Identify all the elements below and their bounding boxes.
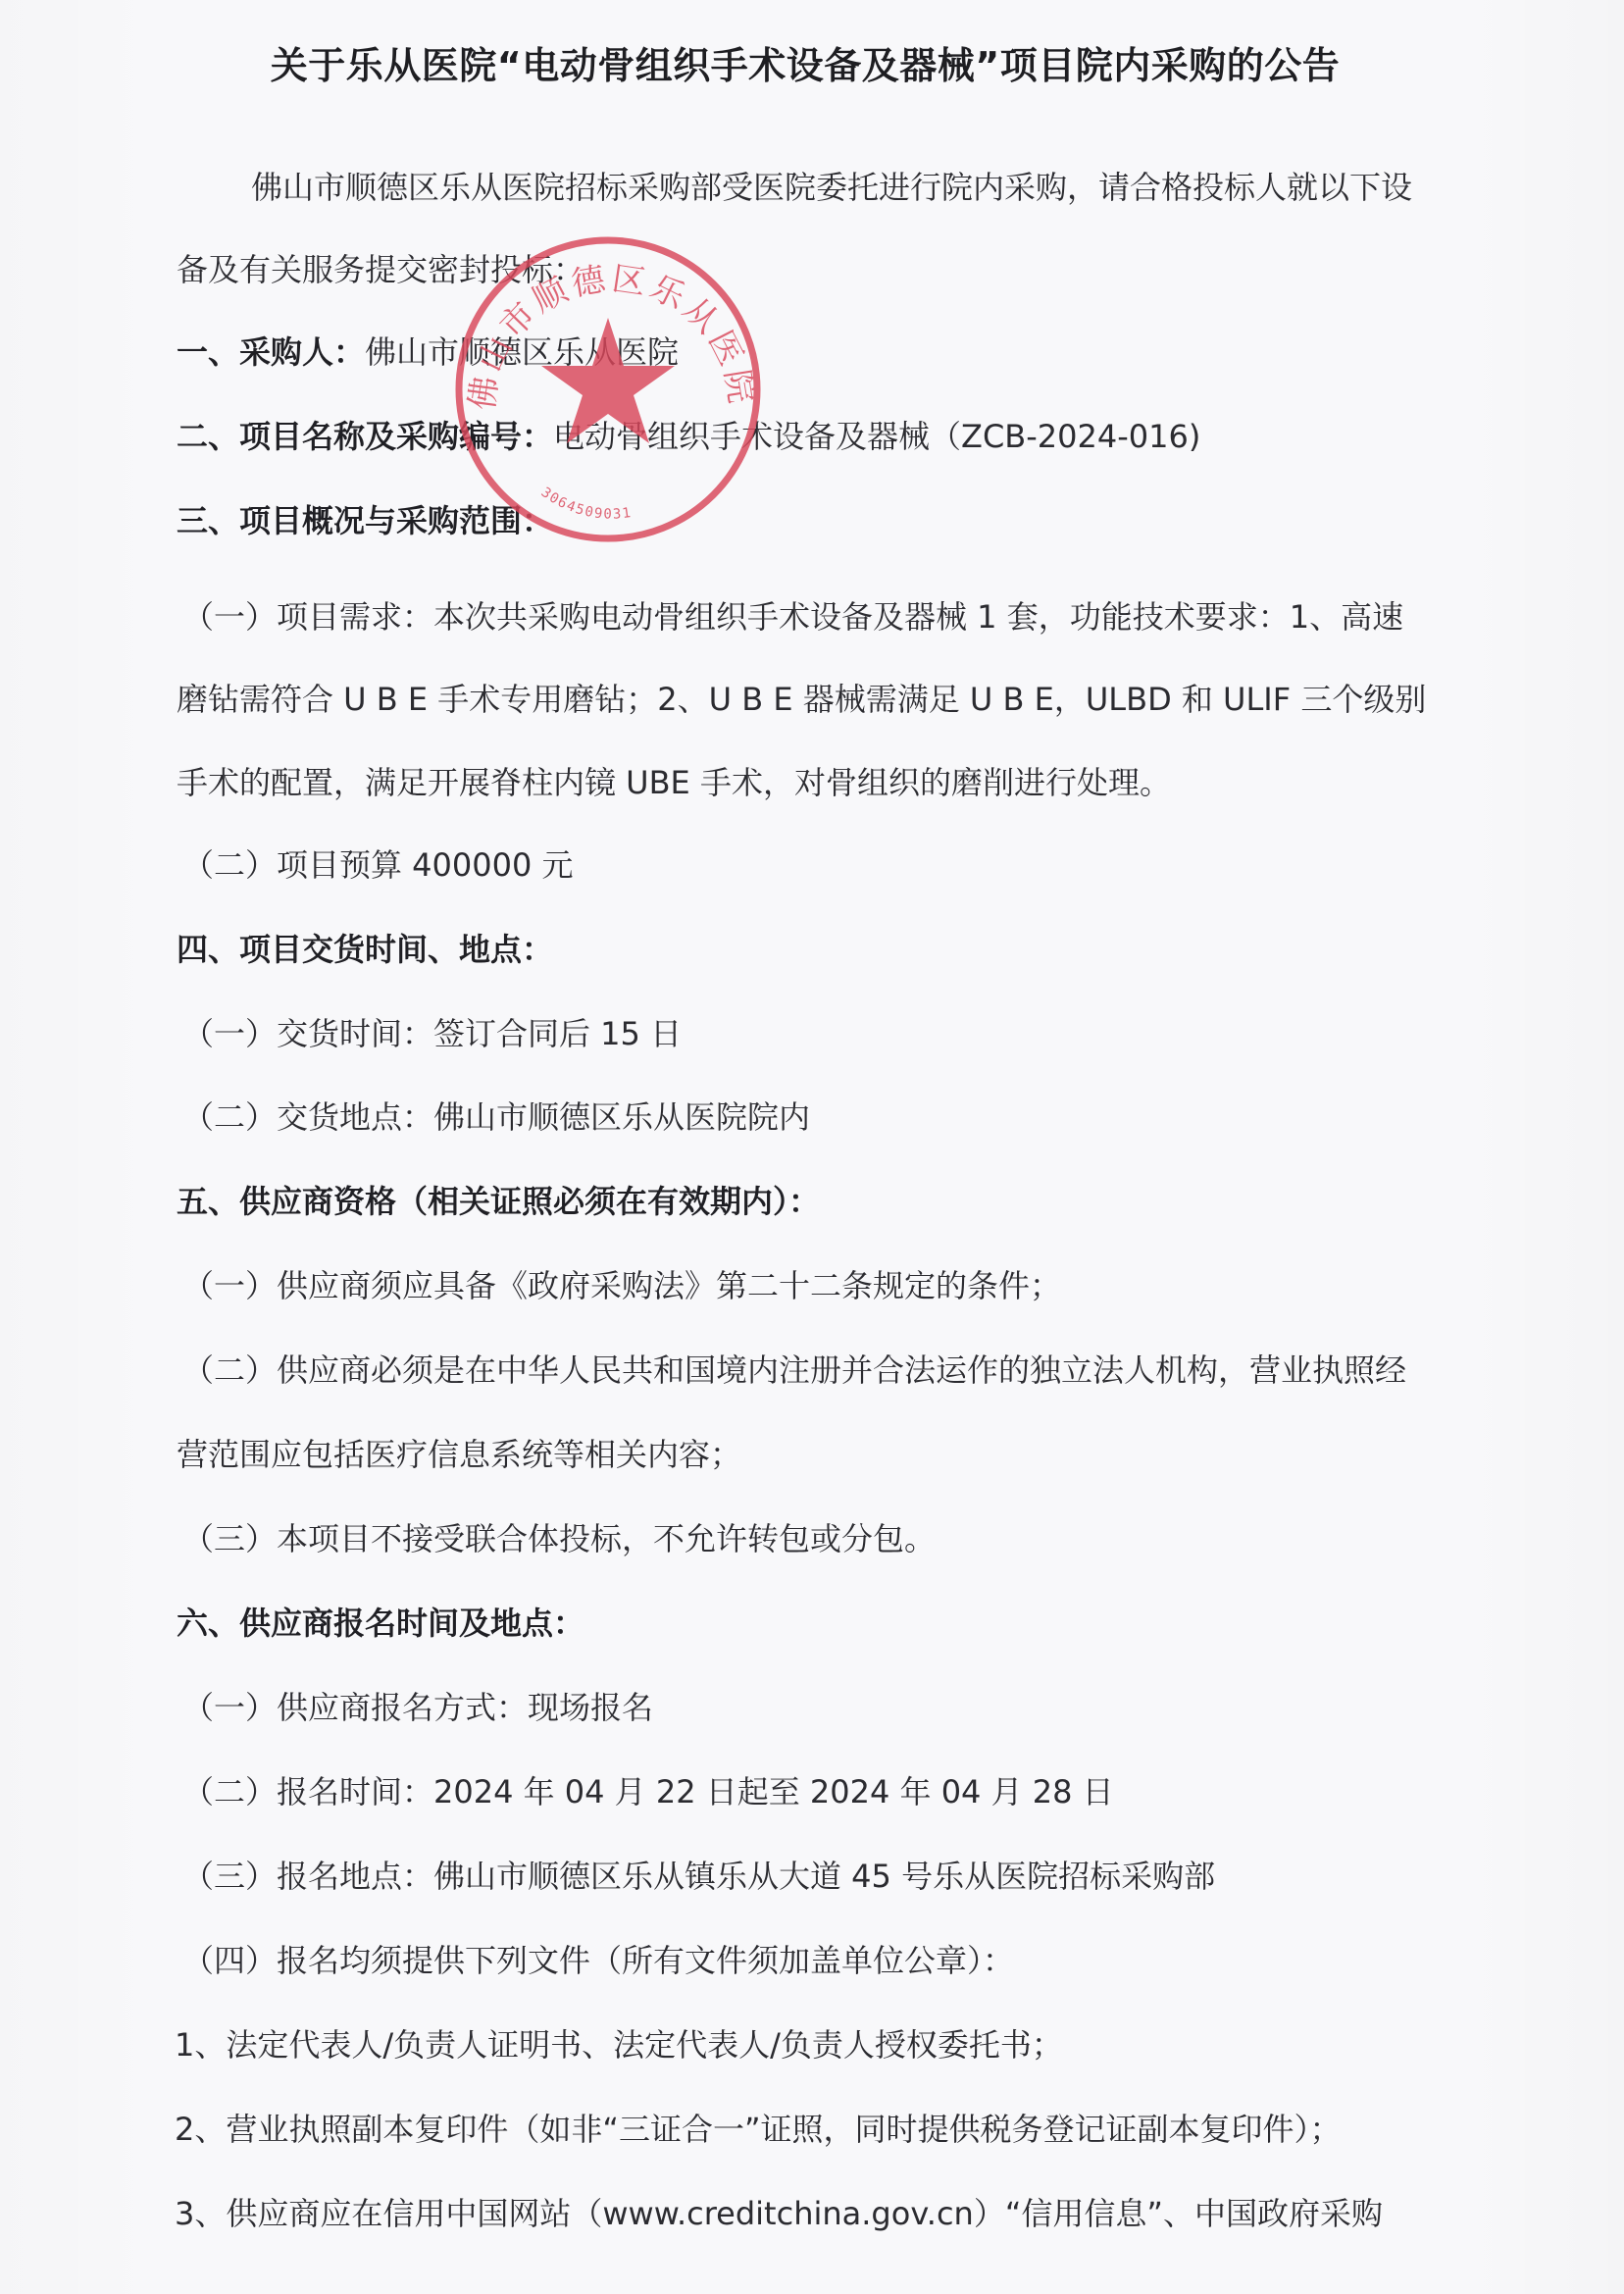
section-4-item-2: （二）交货地点：佛山市顺德区乐从医院院内 [182,1096,810,1139]
section-2: 二、项目名称及采购编号：电动骨组织手术设备及器械（ZCB-2024-016) [177,415,1200,458]
section-3-item-1-line-2: 磨钻需符合 U B E 手术专用磨钻；2、U B E 器械需满足 U B E，U… [177,678,1426,721]
section-5-heading: 五、供应商资格（相关证照必须在有效期内）： [177,1180,820,1223]
section-5-item-1: （一）供应商须应具备《政府采购法》第二十二条规定的条件； [182,1264,1061,1307]
section-1: 一、采购人：佛山市顺德区乐从医院 [177,331,679,374]
section-4-heading: 四、项目交货时间、地点： [177,928,553,971]
required-doc-2: 2、营业执照副本复印件（如非“三证合一”证照，同时提供税务登记证副本复印件）； [175,2108,1342,2151]
section-6-item-2: （二）报名时间：2024 年 04 月 22 日起至 2024 年 04 月 2… [182,1770,1114,1813]
section-6-heading: 六、供应商报名时间及地点： [177,1602,584,1645]
section-1-value: 佛山市顺德区乐从医院 [365,333,679,371]
required-doc-3: 3、供应商应在信用中国网站（www.creditchina.gov.cn）“信用… [175,2192,1383,2235]
section-6-item-1: （一）供应商报名方式：现场报名 [182,1686,653,1729]
section-5-item-2-line-2: 营范围应包括医疗信息系统等相关内容； [177,1433,741,1476]
section-6-item-3: （三）报名地点：佛山市顺德区乐从镇乐从大道 45 号乐从医院招标采购部 [182,1855,1215,1898]
section-2-heading: 二、项目名称及采购编号： [177,418,553,455]
intro-line-2: 备及有关服务提交密封投标： [177,248,584,291]
intro-line-1: 佛山市顺德区乐从医院招标采购部受医院委托进行院内采购，请合格投标人就以下设 [251,166,1412,209]
document-page: 关于乐从医院“电动骨组织手术设备及器械”项目院内采购的公告 佛山市顺德区乐从医院… [0,0,1624,2294]
required-doc-1: 1、法定代表人/负责人证明书、法定代表人/负责人授权委托书； [175,2023,1063,2066]
section-5-item-3: （三）本项目不接受联合体投标，不允许转包或分包。 [182,1517,936,1560]
section-2-value: 电动骨组织手术设备及器械（ZCB-2024-016) [553,418,1200,455]
section-3-item-1-line-3: 手术的配置，满足开展脊柱内镜 UBE 手术，对骨组织的磨削进行处理。 [177,761,1171,804]
section-3-item-2: （二）项目预算 400000 元 [182,843,574,887]
section-3-item-1-line-1: （一）项目需求：本次共采购电动骨组织手术设备及器械 1 套，功能技术要求：1、高… [182,595,1403,638]
section-6-item-4: （四）报名均须提供下列文件（所有文件须加盖单位公章）： [182,1939,1014,1982]
section-1-heading: 一、采购人： [177,333,365,371]
document-title: 关于乐从医院“电动骨组织手术设备及器械”项目院内采购的公告 [0,35,1624,89]
section-3-heading: 三、项目概况与采购范围： [177,499,553,542]
section-5-item-2-line-1: （二）供应商必须是在中华人民共和国境内注册并合法运作的独立法人机构，营业执照经 [182,1349,1406,1392]
section-4-item-1: （一）交货时间：签订合同后 15 日 [182,1012,682,1055]
